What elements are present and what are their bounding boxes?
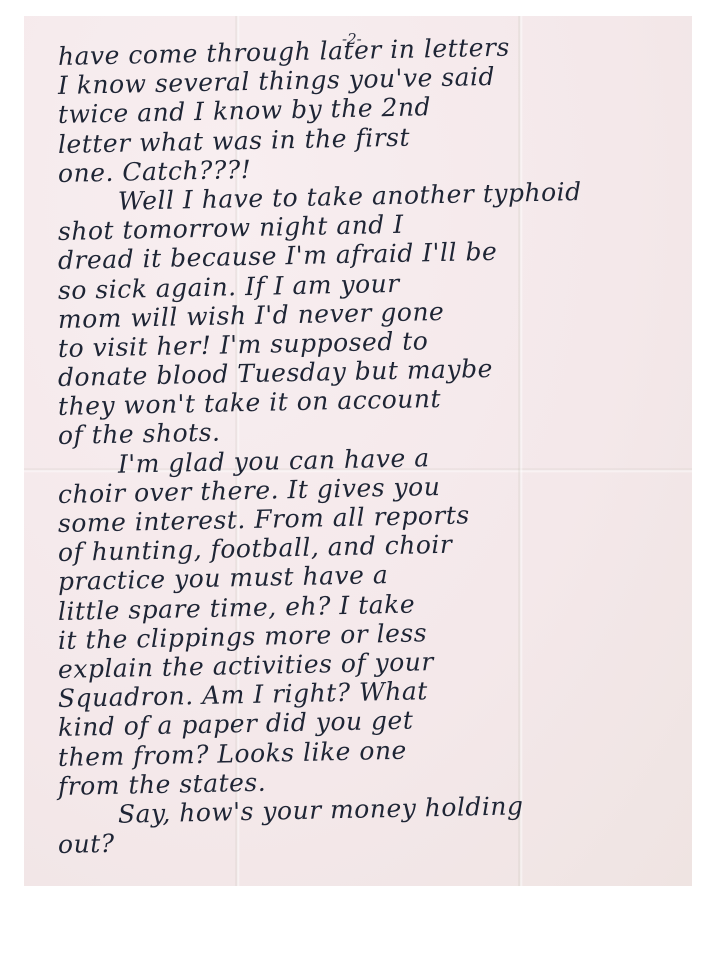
letter-body: have come through later in lettersI know…: [58, 42, 708, 859]
letter-paper: -2- have come through later in lettersI …: [24, 16, 692, 886]
